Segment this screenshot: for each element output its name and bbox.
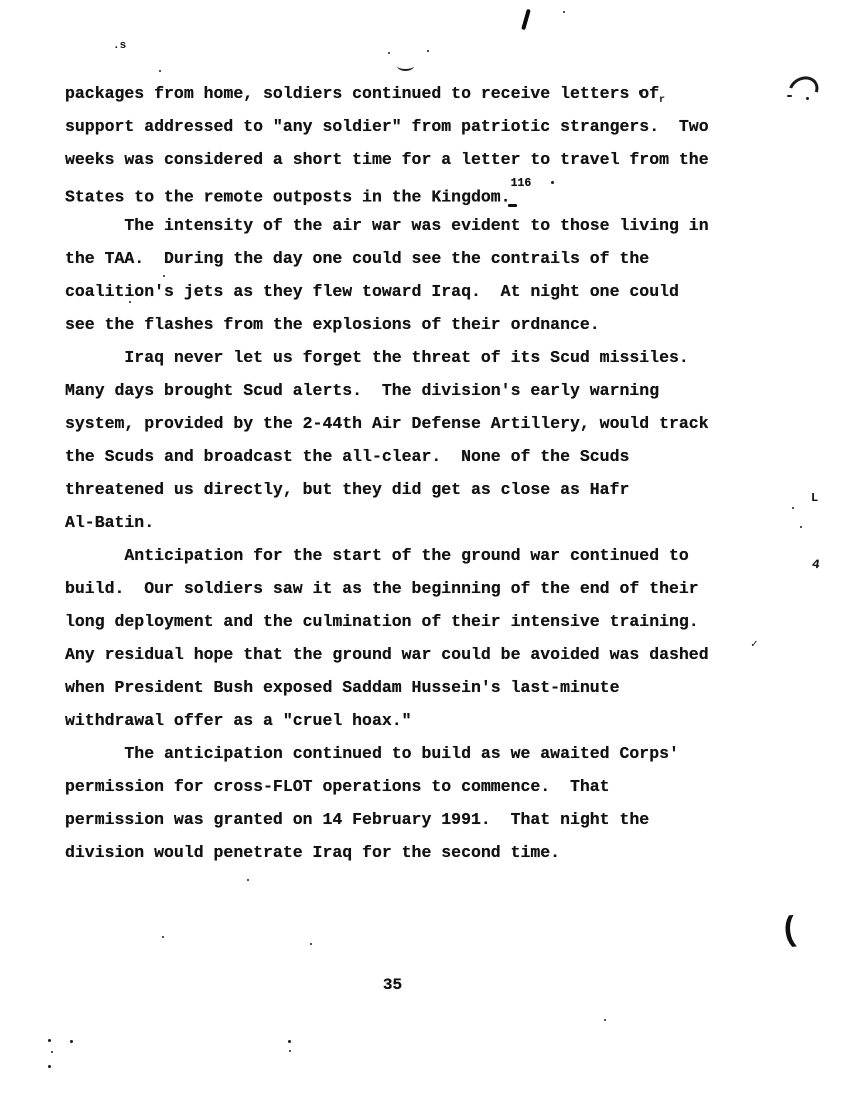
text-line: coalition's jets as they flew toward Ira…	[65, 275, 755, 308]
noise-speck	[310, 943, 312, 945]
noise-speck	[388, 52, 390, 54]
text-line: The intensity of the air war was evident…	[65, 209, 755, 242]
text-line: Iraq never let us forget the threat of i…	[65, 341, 755, 374]
noise-speck	[551, 181, 554, 184]
scan-artifact-curve	[397, 61, 414, 71]
text-line: long deployment and the culmination of t…	[65, 605, 755, 638]
noise-speck	[806, 97, 809, 100]
text-line: packages from home, soldiers continued t…	[65, 77, 755, 110]
noise-speck	[289, 1050, 291, 1052]
body-text: packages from home, soldiers continued t…	[65, 77, 755, 869]
scan-artifact-glyph: 4	[811, 558, 821, 572]
scan-artifact-broken-circle	[784, 71, 824, 109]
noise-speck	[70, 1040, 73, 1043]
scan-artifact-stroke	[521, 9, 531, 30]
text-line: States to the remote outposts in the Kin…	[65, 176, 755, 209]
text-line: Al-Batin.	[65, 506, 755, 539]
noise-speck	[288, 1040, 291, 1043]
text-line: permission was granted on 14 February 19…	[65, 803, 755, 836]
scan-artifact-glyph: .s	[113, 41, 126, 52]
text-line: division would penetrate Iraq for the se…	[65, 836, 755, 869]
noise-speck	[604, 1019, 606, 1021]
noise-speck	[639, 90, 642, 95]
scan-artifact-glyph: L	[811, 492, 818, 504]
text-line: the Scuds and broadcast the all-clear. N…	[65, 440, 755, 473]
noise-speck	[48, 1065, 51, 1068]
scan-artifact-dash	[508, 204, 517, 207]
noise-speck	[162, 936, 164, 938]
scan-artifact-glyph: (	[778, 914, 802, 950]
text-line: The anticipation continued to build as w…	[65, 737, 755, 770]
noise-speck	[563, 11, 565, 13]
text-line: permission for cross-FLOT operations to …	[65, 770, 755, 803]
text-line: the TAA. During the day one could see th…	[65, 242, 755, 275]
text-line: when President Bush exposed Saddam Husse…	[65, 671, 755, 704]
text-line: Anticipation for the start of the ground…	[65, 539, 755, 572]
text-line: threatened us directly, but they did get…	[65, 473, 755, 506]
noise-speck	[48, 1039, 51, 1042]
noise-speck	[247, 879, 249, 881]
text-line: system, provided by the 2-44th Air Defen…	[65, 407, 755, 440]
text-line: Many days brought Scud alerts. The divis…	[65, 374, 755, 407]
noise-speck	[427, 50, 429, 52]
text-line-fragment: States to the remote outposts in the Kin…	[65, 188, 511, 207]
page-number: 35	[65, 969, 720, 1002]
text-line: withdrawal offer as a "cruel hoax."	[65, 704, 755, 737]
noise-speck	[51, 1051, 53, 1053]
text-line: build. Our soldiers saw it as the beginn…	[65, 572, 755, 605]
scan-artifact-glyph: ✓	[751, 640, 758, 651]
text-line: Any residual hope that the ground war co…	[65, 638, 755, 671]
noise-speck	[163, 275, 165, 277]
scan-artifact-glyph: r	[659, 96, 665, 106]
text-line: weeks was considered a short time for a …	[65, 143, 755, 176]
noise-speck	[159, 70, 161, 72]
noise-speck	[129, 301, 131, 303]
footnote-ref: 116	[511, 177, 532, 190]
text-line: support addressed to "any soldier" from …	[65, 110, 755, 143]
noise-speck	[787, 95, 792, 97]
scanned-document-page: packages from home, soldiers continued t…	[0, 0, 850, 1094]
noise-speck	[792, 507, 794, 509]
noise-speck	[800, 526, 802, 528]
text-line: see the flashes from the explosions of t…	[65, 308, 755, 341]
